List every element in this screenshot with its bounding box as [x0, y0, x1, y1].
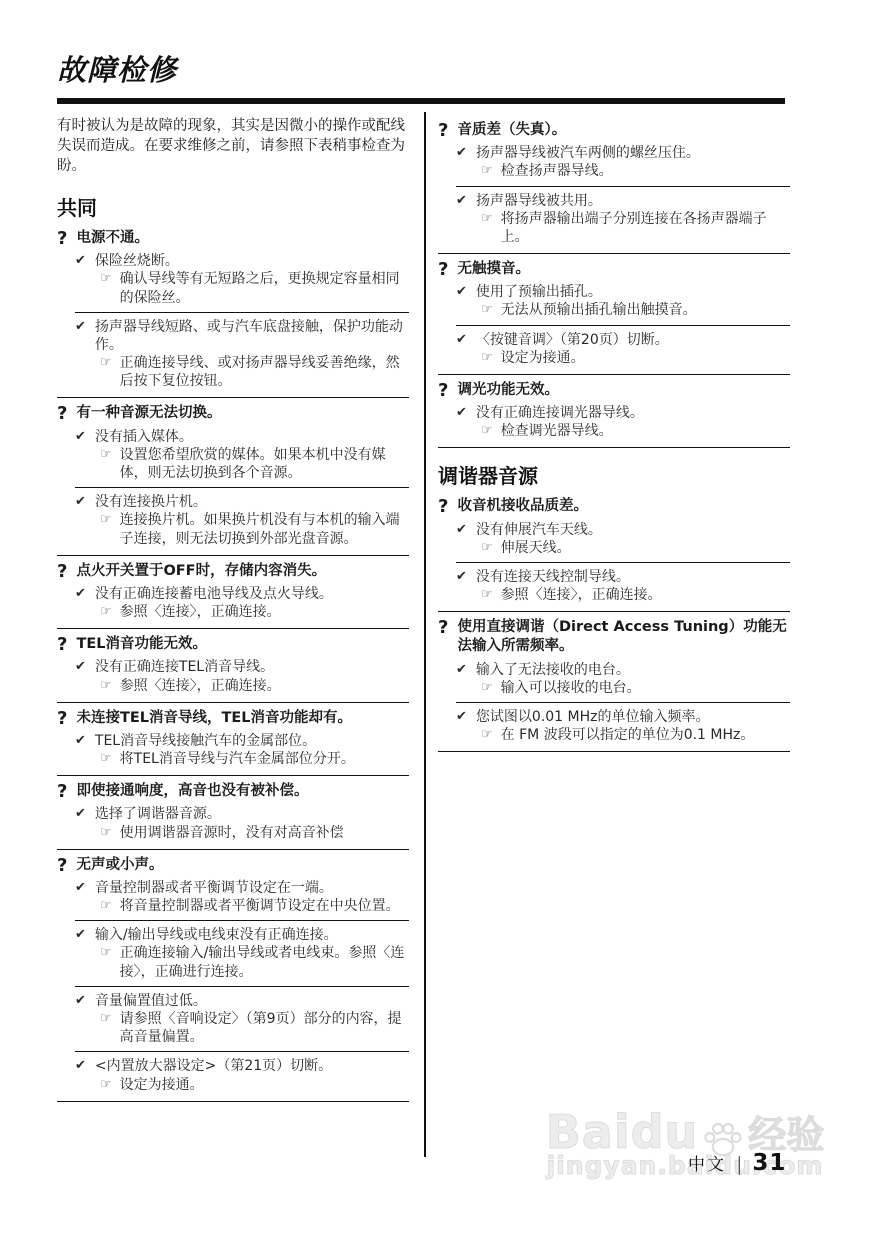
cause-row: ✔没有正确连接调光器导线。	[456, 404, 790, 422]
cause-item: ✔没有连接天线控制导线。☞参照〈连接〉，正确连接。	[456, 568, 790, 604]
cause-item: ✔<内置放大器设定>（第21页）切断。☞设定为接通。	[75, 1057, 409, 1093]
checkmark-icon: ✔	[456, 331, 467, 349]
problem-block: ?无声或小声。✔音量控制器或者平衡调节设定在一端。☞将音量控制器或者平衡调节设定…	[57, 856, 409, 1102]
remedy-text: 正确连接输入/输出导线或者电线束。参照〈连接〉，正确进行连接。	[120, 944, 409, 980]
pointing-hand-icon: ☞	[481, 349, 493, 367]
section: ?音质差（失真）。✔扬声器导线被汽车两侧的螺丝压住。☞检查扬声器导线。✔扬声器导…	[438, 121, 790, 448]
problem-question: 点火开关置于OFF时，存储内容消失。	[76, 562, 409, 581]
remedy-row: ☞正确连接输入/输出导线或者电线束。参照〈连接〉，正确进行连接。	[100, 944, 409, 980]
remedy-row: ☞参照〈连接〉，正确连接。	[481, 586, 790, 604]
pointing-hand-icon: ☞	[100, 897, 112, 915]
cause-text: 没有正确连接TEL消音导线。	[95, 658, 409, 676]
remedy-text: 设定为接通。	[120, 1076, 409, 1094]
remedy-row: ☞在 FM 波段可以指定的单位为0.1 MHz。	[481, 726, 790, 744]
problem-divider-line	[438, 447, 790, 448]
cause-row: ✔输入/输出导线或电线束没有正确连接。	[75, 926, 409, 944]
cause-row: ✔扬声器导线被汽车两侧的螺丝压住。	[456, 144, 790, 162]
cause-row: ✔没有插入媒体。	[75, 428, 409, 446]
question-mark-icon: ?	[57, 229, 67, 248]
checkmark-icon: ✔	[75, 879, 86, 897]
section-heading: 共同	[57, 192, 409, 221]
remedy-row: ☞检查扬声器导线。	[481, 162, 790, 180]
cause-text: 没有正确连接蓄电池导线及点火导线。	[95, 585, 409, 603]
watermark-url: jingyan.baidu.com	[540, 1151, 830, 1180]
cause-text: 扬声器导线被共用。	[476, 192, 790, 210]
problem-question: TEL消音功能无效。	[76, 635, 409, 654]
checkmark-icon: ✔	[75, 992, 86, 1010]
pointing-hand-icon: ☞	[100, 603, 112, 621]
question-mark-icon: ?	[438, 497, 448, 516]
problem-block: ?TEL消音功能无效。✔没有正确连接TEL消音导线。☞参照〈连接〉，正确连接。	[57, 635, 409, 703]
section: 调谐器音源?收音机接收品质差。✔没有伸展汽车天线。☞伸展天线。✔没有连接天线控制…	[438, 460, 790, 752]
remedy-row: ☞设定为接通。	[100, 1076, 409, 1094]
cause-row: ✔输入了无法接收的电台。	[456, 661, 790, 679]
cause-divider-line	[75, 487, 409, 488]
problem-question-row: ?无触摸音。	[438, 260, 790, 279]
remedy-text: 在 FM 波段可以指定的单位为0.1 MHz。	[501, 726, 790, 744]
remedy-row: ☞参照〈连接〉，正确连接。	[100, 677, 409, 695]
problem-question-row: ?有一种音源无法切换。	[57, 404, 409, 423]
cause-text: 没有连接换片机。	[95, 493, 409, 511]
remedy-row: ☞检查调光器导线。	[481, 422, 790, 440]
question-mark-icon: ?	[57, 782, 67, 801]
checkmark-icon: ✔	[456, 404, 467, 422]
problem-divider-line	[438, 374, 790, 375]
remedy-text: 将扬声器输出端子分别连接在各扬声器端子上。	[501, 210, 790, 246]
cause-text: 音量偏置值过低。	[95, 992, 409, 1010]
pointing-hand-icon: ☞	[100, 944, 112, 962]
problem-block: ?音质差（失真）。✔扬声器导线被汽车两侧的螺丝压住。☞检查扬声器导线。✔扬声器导…	[438, 121, 790, 254]
cause-divider-line	[75, 1051, 409, 1052]
checkmark-icon: ✔	[75, 252, 86, 270]
cause-item: ✔没有正确连接TEL消音导线。☞参照〈连接〉，正确连接。	[75, 658, 409, 694]
cause-row: ✔您试图以0.01 MHz的单位输入频率。	[456, 708, 790, 726]
problem-question: 有一种音源无法切换。	[76, 404, 409, 423]
pointing-hand-icon: ☞	[100, 750, 112, 768]
cause-divider-line	[75, 920, 409, 921]
remedy-row: ☞设定为接通。	[481, 349, 790, 367]
problem-block: ?无触摸音。✔使用了预输出插孔。☞无法从预输出插孔输出触摸音。✔〈按键音调〉（第…	[438, 260, 790, 375]
problem-divider-line	[57, 1101, 409, 1102]
footer-language-label: 中文	[688, 1150, 726, 1175]
remedy-row: ☞输入可以接收的电台。	[481, 679, 790, 697]
pointing-hand-icon: ☞	[481, 422, 493, 440]
problem-question: 未连接TEL消音导线，TEL消音功能却有。	[76, 709, 409, 728]
question-mark-icon: ?	[438, 121, 448, 140]
cause-row: ✔音量控制器或者平衡调节设定在一端。	[75, 879, 409, 897]
manual-page: 故障检修 有时被认为是故障的现象，其实是因微小的操作或配线失误而造成。在要求维修…	[0, 0, 873, 1240]
cause-item: ✔没有正确连接蓄电池导线及点火导线。☞参照〈连接〉，正确连接。	[75, 585, 409, 621]
checkmark-icon: ✔	[456, 192, 467, 210]
problem-divider-line	[438, 751, 790, 752]
problem-block: ?使用直接调谐（Direct Access Tuning）功能无法输入所需频率。…	[438, 618, 790, 752]
question-mark-icon: ?	[438, 618, 448, 637]
cause-divider-line	[75, 986, 409, 987]
remedy-text: 伸展天线。	[501, 539, 790, 557]
cause-item: ✔没有连接换片机。☞连接换片机。如果换片机没有与本机的输入端子连接，则无法切换到…	[75, 493, 409, 548]
cause-item: ✔音量偏置值过低。☞请参照〈音响设定〉（第9页）部分的内容，提高音量偏置。	[75, 992, 409, 1047]
problem-block: ?即使接通响度，高音也没有被补偿。✔选择了调谐器音源。☞使用调谐器音源时，没有对…	[57, 782, 409, 850]
problem-divider-line	[57, 628, 409, 629]
problem-question: 无声或小声。	[76, 856, 409, 875]
page-footer: 中文 | 31	[688, 1150, 786, 1176]
cause-text: 输入了无法接收的电台。	[476, 661, 790, 679]
remedy-row: ☞将TEL消音导线与汽车金属部位分开。	[100, 750, 409, 768]
checkmark-icon: ✔	[456, 661, 467, 679]
problem-question: 收音机接收品质差。	[457, 497, 790, 516]
pointing-hand-icon: ☞	[100, 1010, 112, 1028]
cause-item: ✔音量控制器或者平衡调节设定在一端。☞将音量控制器或者平衡调节设定在中央位置。	[75, 879, 409, 915]
problem-block: ?电源不通。✔保险丝烧断。☞确认导线等有无短路之后，更换规定容量相同的保险丝。✔…	[57, 229, 409, 398]
cause-item: ✔〈按键音调〉（第20页）切断。☞设定为接通。	[456, 331, 790, 367]
problem-question: 调光功能无效。	[457, 381, 790, 400]
remedy-row: ☞请参照〈音响设定〉（第9页）部分的内容，提高音量偏置。	[100, 1010, 409, 1046]
pointing-hand-icon: ☞	[481, 539, 493, 557]
cause-row: ✔选择了调谐器音源。	[75, 805, 409, 823]
pointing-hand-icon: ☞	[481, 679, 493, 697]
problem-question-row: ?点火开关置于OFF时，存储内容消失。	[57, 562, 409, 581]
cause-row: ✔音量偏置值过低。	[75, 992, 409, 1010]
cause-item: ✔使用了预输出插孔。☞无法从预输出插孔输出触摸音。	[456, 283, 790, 319]
column-right-sections: ?音质差（失真）。✔扬声器导线被汽车两侧的螺丝压住。☞检查扬声器导线。✔扬声器导…	[438, 121, 790, 752]
cause-text: 选择了调谐器音源。	[95, 805, 409, 823]
remedy-text: 参照〈连接〉，正确连接。	[120, 603, 409, 621]
question-mark-icon: ?	[57, 635, 67, 654]
cause-text: 使用了预输出插孔。	[476, 283, 790, 301]
problem-divider-line	[57, 397, 409, 398]
cause-text: 输入/输出导线或电线束没有正确连接。	[95, 926, 409, 944]
remedy-row: ☞伸展天线。	[481, 539, 790, 557]
cause-text: 您试图以0.01 MHz的单位输入频率。	[476, 708, 790, 726]
cause-item: ✔扬声器导线被汽车两侧的螺丝压住。☞检查扬声器导线。	[456, 144, 790, 180]
footer-page-number: 31	[752, 1150, 786, 1176]
checkmark-icon: ✔	[75, 318, 86, 336]
remedy-row: ☞正确连接导线、或对扬声器导线妥善绝缘，然后按下复位按钮。	[100, 354, 409, 390]
problem-question: 无触摸音。	[457, 260, 790, 279]
cause-item: ✔选择了调谐器音源。☞使用调谐器音源时，没有对高音补偿	[75, 805, 409, 841]
intro-paragraph: 有时被认为是故障的现象，其实是因微小的操作或配线失误而造成。在要求维修之前，请参…	[57, 116, 409, 176]
cause-row: ✔没有正确连接蓄电池导线及点火导线。	[75, 585, 409, 603]
remedy-row: ☞将扬声器输出端子分别连接在各扬声器端子上。	[481, 210, 790, 246]
remedy-text: 设置您希望欣赏的媒体。如果本机中没有媒体，则无法切换到各个音源。	[120, 446, 409, 482]
pointing-hand-icon: ☞	[100, 446, 112, 464]
cause-item: ✔没有插入媒体。☞设置您希望欣赏的媒体。如果本机中没有媒体，则无法切换到各个音源…	[75, 428, 409, 483]
cause-text: 没有伸展汽车天线。	[476, 521, 790, 539]
cause-text: 音量控制器或者平衡调节设定在一端。	[95, 879, 409, 897]
remedy-row: ☞连接换片机。如果换片机没有与本机的输入端子连接，则无法切换到外部光盘音源。	[100, 511, 409, 547]
cause-text: 扬声器导线被汽车两侧的螺丝压住。	[476, 144, 790, 162]
remedy-text: 参照〈连接〉，正确连接。	[120, 677, 409, 695]
cause-item: ✔没有正确连接调光器导线。☞检查调光器导线。	[456, 404, 790, 440]
checkmark-icon: ✔	[75, 805, 86, 823]
question-mark-icon: ?	[438, 381, 448, 400]
problem-question-row: ?使用直接调谐（Direct Access Tuning）功能无法输入所需频率。	[438, 618, 790, 656]
remedy-row: ☞使用调谐器音源时，没有对高音补偿	[100, 824, 409, 842]
problem-question-row: ?即使接通响度，高音也没有被补偿。	[57, 782, 409, 801]
problem-divider-line	[438, 611, 790, 612]
checkmark-icon: ✔	[75, 493, 86, 511]
cause-row: ✔保险丝烧断。	[75, 252, 409, 270]
checkmark-icon: ✔	[75, 658, 86, 676]
cause-row: ✔扬声器导线短路、或与汽车底盘接触，保护功能动作。	[75, 318, 409, 354]
pointing-hand-icon: ☞	[100, 824, 112, 842]
cause-item: ✔扬声器导线被共用。☞将扬声器输出端子分别连接在各扬声器端子上。	[456, 192, 790, 247]
question-mark-icon: ?	[57, 856, 67, 875]
cause-text: 没有连接天线控制导线。	[476, 568, 790, 586]
cause-row: ✔没有连接换片机。	[75, 493, 409, 511]
problem-block: ?未连接TEL消音导线，TEL消音功能却有。✔TEL消音导线接触汽车的金属部位。…	[57, 709, 409, 777]
remedy-row: ☞无法从预输出插孔输出触摸音。	[481, 301, 790, 319]
remedy-text: 参照〈连接〉，正确连接。	[501, 586, 790, 604]
section-heading: 调谐器音源	[438, 460, 790, 489]
problem-question: 即使接通响度，高音也没有被补偿。	[76, 782, 409, 801]
pointing-hand-icon: ☞	[481, 210, 493, 228]
baidu-watermark: Baidu 经验 jingyan.baidu.com	[540, 1104, 830, 1180]
remedy-text: 确认导线等有无短路之后，更换规定容量相同的保险丝。	[120, 270, 409, 306]
checkmark-icon: ✔	[456, 708, 467, 726]
cause-item: ✔输入/输出导线或电线束没有正确连接。☞正确连接输入/输出导线或者电线束。参照〈…	[75, 926, 409, 981]
remedy-text: 请参照〈音响设定〉（第9页）部分的内容，提高音量偏置。	[120, 1010, 409, 1046]
pointing-hand-icon: ☞	[481, 301, 493, 319]
cause-row: ✔没有连接天线控制导线。	[456, 568, 790, 586]
remedy-text: 输入可以接收的电台。	[501, 679, 790, 697]
checkmark-icon: ✔	[456, 568, 467, 586]
cause-item: ✔扬声器导线短路、或与汽车底盘接触，保护功能动作。☞正确连接导线、或对扬声器导线…	[75, 318, 409, 391]
checkmark-icon: ✔	[75, 732, 86, 750]
question-mark-icon: ?	[57, 562, 67, 581]
problem-question-row: ?未连接TEL消音导线，TEL消音功能却有。	[57, 709, 409, 728]
problem-question: 音质差（失真）。	[457, 121, 790, 140]
cause-text: <内置放大器设定>（第21页）切断。	[95, 1057, 409, 1075]
problem-block: ?收音机接收品质差。✔没有伸展汽车天线。☞伸展天线。✔没有连接天线控制导线。☞参…	[438, 497, 790, 612]
checkmark-icon: ✔	[456, 283, 467, 301]
pointing-hand-icon: ☞	[100, 354, 112, 372]
cause-text: 保险丝烧断。	[95, 252, 409, 270]
remedy-text: 将TEL消音导线与汽车金属部位分开。	[120, 750, 409, 768]
cause-divider-line	[456, 325, 790, 326]
footer-separator: |	[736, 1153, 742, 1175]
pointing-hand-icon: ☞	[100, 511, 112, 529]
checkmark-icon: ✔	[75, 585, 86, 603]
problem-question-row: ?收音机接收品质差。	[438, 497, 790, 516]
cause-text: 〈按键音调〉（第20页）切断。	[476, 331, 790, 349]
problem-block: ?有一种音源无法切换。✔没有插入媒体。☞设置您希望欣赏的媒体。如果本机中没有媒体…	[57, 404, 409, 555]
problem-question-row: ?音质差（失真）。	[438, 121, 790, 140]
cause-divider-line	[456, 702, 790, 703]
problem-question-row: ?无声或小声。	[57, 856, 409, 875]
cause-item: ✔您试图以0.01 MHz的单位输入频率。☞在 FM 波段可以指定的单位为0.1…	[456, 708, 790, 744]
checkmark-icon: ✔	[456, 144, 467, 162]
remedy-row: ☞设置您希望欣赏的媒体。如果本机中没有媒体，则无法切换到各个音源。	[100, 446, 409, 482]
remedy-text: 设定为接通。	[501, 349, 790, 367]
checkmark-icon: ✔	[75, 926, 86, 944]
problem-divider-line	[57, 849, 409, 850]
cause-item: ✔保险丝烧断。☞确认导线等有无短路之后，更换规定容量相同的保险丝。	[75, 252, 409, 307]
cause-divider-line	[456, 562, 790, 563]
cause-row: ✔<内置放大器设定>（第21页）切断。	[75, 1057, 409, 1075]
remedy-text: 检查扬声器导线。	[501, 162, 790, 180]
cause-text: 没有正确连接调光器导线。	[476, 404, 790, 422]
cause-row: ✔〈按键音调〉（第20页）切断。	[456, 331, 790, 349]
cause-item: ✔TEL消音导线接触汽车的金属部位。☞将TEL消音导线与汽车金属部位分开。	[75, 732, 409, 768]
cause-divider-line	[456, 186, 790, 187]
question-mark-icon: ?	[57, 709, 67, 728]
remedy-text: 连接换片机。如果换片机没有与本机的输入端子连接，则无法切换到外部光盘音源。	[120, 511, 409, 547]
pointing-hand-icon: ☞	[100, 1076, 112, 1094]
remedy-row: ☞参照〈连接〉，正确连接。	[100, 603, 409, 621]
question-mark-icon: ?	[438, 260, 448, 279]
column-left: 有时被认为是故障的现象，其实是因微小的操作或配线失误而造成。在要求维修之前，请参…	[57, 116, 409, 1108]
cause-text: 没有插入媒体。	[95, 428, 409, 446]
problem-divider-line	[57, 775, 409, 776]
cause-item: ✔输入了无法接收的电台。☞输入可以接收的电台。	[456, 661, 790, 697]
cause-divider-line	[75, 312, 409, 313]
cause-row: ✔TEL消音导线接触汽车的金属部位。	[75, 732, 409, 750]
question-mark-icon: ?	[57, 404, 67, 423]
remedy-text: 将音量控制器或者平衡调节设定在中央位置。	[120, 897, 409, 915]
pointing-hand-icon: ☞	[100, 270, 112, 288]
cause-text: TEL消音导线接触汽车的金属部位。	[95, 732, 409, 750]
remedy-row: ☞确认导线等有无短路之后，更换规定容量相同的保险丝。	[100, 270, 409, 306]
pointing-hand-icon: ☞	[481, 726, 493, 744]
pointing-hand-icon: ☞	[481, 586, 493, 604]
cause-row: ✔没有正确连接TEL消音导线。	[75, 658, 409, 676]
remedy-text: 正确连接导线、或对扬声器导线妥善绝缘，然后按下复位按钮。	[120, 354, 409, 390]
pointing-hand-icon: ☞	[481, 162, 493, 180]
pointing-hand-icon: ☞	[100, 677, 112, 695]
section: 共同?电源不通。✔保险丝烧断。☞确认导线等有无短路之后，更换规定容量相同的保险丝…	[57, 192, 409, 1102]
remedy-row: ☞将音量控制器或者平衡调节设定在中央位置。	[100, 897, 409, 915]
problem-divider-line	[57, 702, 409, 703]
problem-question: 使用直接调谐（Direct Access Tuning）功能无法输入所需频率。	[457, 618, 790, 656]
column-left-sections: 共同?电源不通。✔保险丝烧断。☞确认导线等有无短路之后，更换规定容量相同的保险丝…	[57, 192, 409, 1102]
cause-row: ✔没有伸展汽车天线。	[456, 521, 790, 539]
remedy-text: 无法从预输出插孔输出触摸音。	[501, 301, 790, 319]
problem-question-row: ?电源不通。	[57, 229, 409, 248]
checkmark-icon: ✔	[75, 1057, 86, 1075]
cause-item: ✔没有伸展汽车天线。☞伸展天线。	[456, 521, 790, 557]
remedy-text: 检查调光器导线。	[501, 422, 790, 440]
checkmark-icon: ✔	[456, 521, 467, 539]
column-divider-line	[424, 112, 426, 1157]
remedy-text: 使用调谐器音源时，没有对高音补偿	[120, 824, 409, 842]
problem-block: ?调光功能无效。✔没有正确连接调光器导线。☞检查调光器导线。	[438, 381, 790, 449]
cause-row: ✔扬声器导线被共用。	[456, 192, 790, 210]
checkmark-icon: ✔	[75, 428, 86, 446]
problem-block: ?点火开关置于OFF时，存储内容消失。✔没有正确连接蓄电池导线及点火导线。☞参照…	[57, 562, 409, 630]
column-right: ?音质差（失真）。✔扬声器导线被汽车两侧的螺丝压住。☞检查扬声器导线。✔扬声器导…	[438, 116, 790, 758]
problem-question-row: ?TEL消音功能无效。	[57, 635, 409, 654]
problem-question: 电源不通。	[76, 229, 409, 248]
problem-divider-line	[438, 253, 790, 254]
cause-text: 扬声器导线短路、或与汽车底盘接触，保护功能动作。	[95, 318, 409, 354]
page-title: 故障检修	[57, 48, 177, 89]
problem-question-row: ?调光功能无效。	[438, 381, 790, 400]
problem-divider-line	[57, 555, 409, 556]
cause-row: ✔使用了预输出插孔。	[456, 283, 790, 301]
title-rule	[57, 98, 785, 104]
